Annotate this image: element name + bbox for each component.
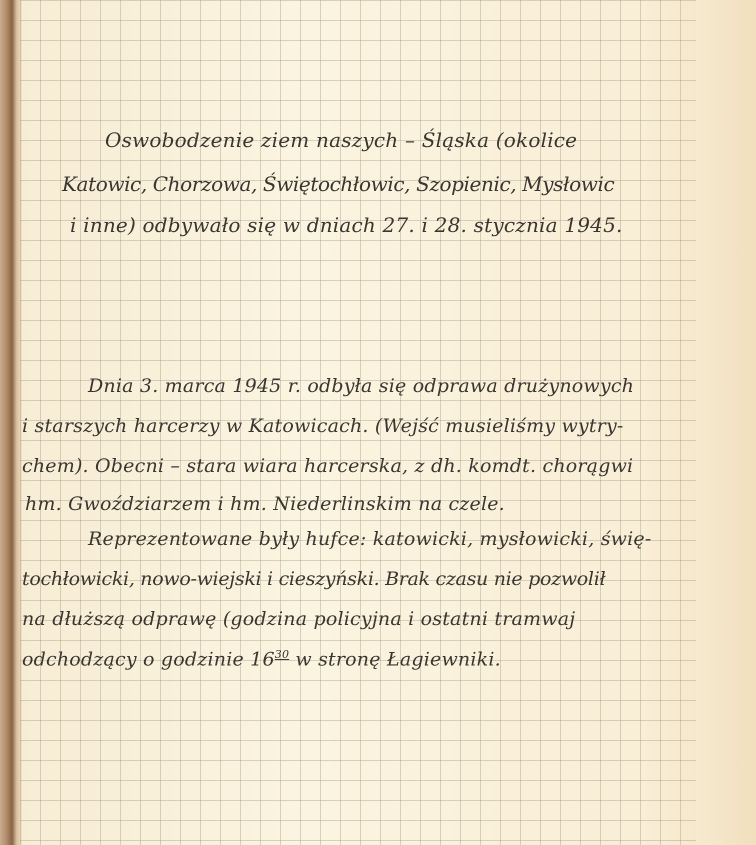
paragraph2-line-4-end: w stronę Łagiewniki. (289, 648, 501, 670)
notebook-page: Oswobodzenie ziem naszych – Śląska (okol… (0, 0, 756, 845)
paragraph2-line-3: na dłuższą odprawę (godzina policyjna i … (22, 608, 575, 630)
paragraph1-line-4: hm. Gwoździarzem i hm. Niederlinskim na … (25, 493, 505, 515)
paragraph2-line-2: tochłowicki, nowo-wiejski i cieszyński. … (22, 568, 605, 590)
paragraph2-line-4: odchodzący o godzinie 1630 w stronę Łagi… (22, 648, 501, 670)
heading-line-2: Katowic, Chorzowa, Świętochłowic, Szopie… (62, 172, 614, 196)
heading-line-3: i inne) odbywało się w dniach 27. i 28. … (70, 213, 623, 237)
notebook-binding (0, 0, 22, 845)
paragraph1-line-2: i starszych harcerzy w Katowicach. (Wejś… (22, 415, 624, 437)
time-superscript: 30 (275, 648, 289, 661)
paragraph1-line-1: Dnia 3. marca 1945 r. odbyła się odprawa… (88, 375, 634, 397)
paragraph1-line-3: chem). Obecni – stara wiara harcerska, z… (22, 455, 633, 477)
paragraph2-line-1: Reprezentowane były hufce: katowicki, my… (88, 528, 651, 550)
paragraph2-line-4-text: odchodzący o godzinie 16 (22, 648, 275, 670)
heading-line-1: Oswobodzenie ziem naszych – Śląska (okol… (105, 128, 577, 152)
page-margin (696, 0, 756, 845)
